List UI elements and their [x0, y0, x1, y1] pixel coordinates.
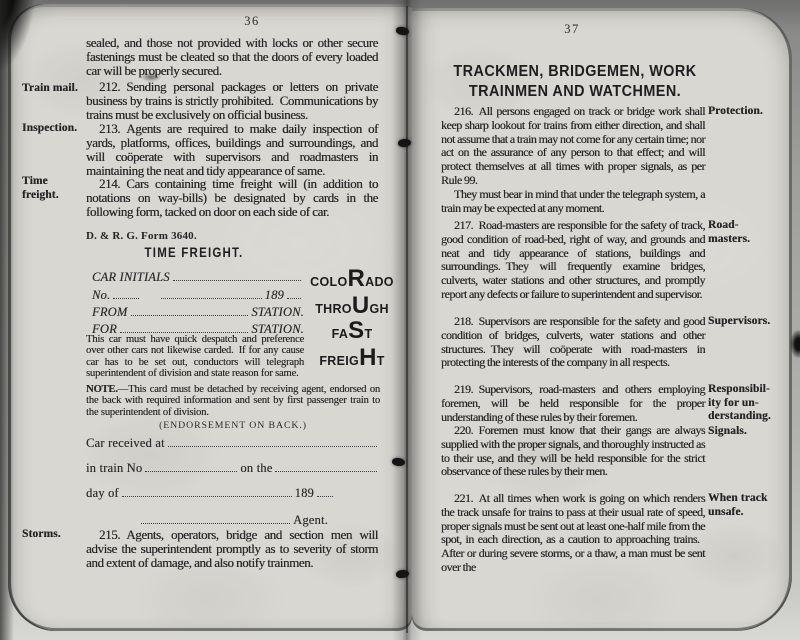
- rush-word-part: T: [364, 327, 372, 341]
- paragraph-rule-215: 215. Agents, operators, bridge and secti…: [86, 528, 378, 570]
- rush-word-part: FA: [332, 327, 349, 341]
- paragraph-rule-213: 213. Agents are required to make daily i…: [86, 122, 378, 178]
- dotted-leader: [317, 496, 333, 497]
- no-label: No.: [92, 288, 110, 303]
- rush-word-through: THROUGH: [304, 292, 400, 320]
- paragraph-rule-214: 214. Cars containing time freight will (…: [86, 177, 378, 219]
- dotted-leader: [131, 315, 249, 316]
- form-row-received: Car received at: [86, 436, 380, 451]
- margin-note-supervisors: Supervisors.: [708, 315, 790, 329]
- dotted-leader: [120, 332, 248, 333]
- dotted-leader: [287, 298, 301, 299]
- rush-word-freight: FREIGHT: [304, 344, 400, 372]
- year-label: 189: [295, 486, 314, 501]
- form-row-from: FROM STATION.: [92, 305, 304, 320]
- endorsement-heading: (ENDORSEMENT ON BACK.): [86, 420, 380, 431]
- margin-note-when-track-unsafe: When track unsafe.: [708, 492, 790, 519]
- paragraph-rule-212: 212. Sending personal packages or letter…: [86, 80, 378, 122]
- paragraph-rule-219: 219. Supervisors, road-masters and other…: [441, 383, 705, 424]
- note-text: —This card must be detached by receiving…: [86, 384, 380, 418]
- from-label: FROM: [92, 305, 128, 320]
- margin-note-train-mail: Train mail.: [22, 82, 84, 96]
- right-page: 37 TRACKMEN, BRIDGEMEN, WORK TRAINMEN AN…: [412, 8, 792, 631]
- margin-note-inspection: Inspection.: [22, 122, 84, 136]
- form-small-print: This car must have quick despatch and pr…: [86, 334, 304, 379]
- year-label: 189: [265, 288, 284, 303]
- dotted-leader: [141, 523, 290, 524]
- margin-note-protection: Protection.: [708, 105, 790, 119]
- paragraph-rule-218: 218. Supervisors are responsible for the…: [441, 315, 705, 370]
- margin-note-storms: Storms.: [22, 528, 84, 542]
- dotted-leader: [122, 496, 292, 497]
- agent-label: Agent.: [293, 513, 328, 528]
- rush-word-part: ADO: [365, 275, 394, 289]
- rush-word-fast: FAST: [304, 317, 400, 345]
- rush-word-part: T: [377, 354, 385, 368]
- paragraph-rule-221: 221. At all times when work is going on …: [441, 492, 705, 575]
- rush-big-letter: H: [359, 344, 377, 372]
- form-row-day: day of 189: [86, 486, 336, 501]
- form-id-label: D. & R. G. Form 3640.: [86, 230, 197, 242]
- rush-word-part: COLO: [310, 275, 347, 289]
- binding-stitch: [392, 458, 406, 467]
- paragraph-rule-216: 216. All persons engaged on track or bri…: [441, 105, 705, 188]
- form-row-number: No. 189: [92, 288, 304, 303]
- rush-word-part: GH: [369, 302, 388, 316]
- left-page: 36 Train mail. Inspection. Time freight.…: [8, 4, 412, 631]
- dotted-leader: [113, 298, 139, 299]
- rush-big-letter: S: [348, 317, 364, 345]
- margin-note-time-freight: Time freight.: [22, 175, 84, 202]
- form-row-agent: Agent.: [138, 513, 328, 528]
- page-number: 36: [230, 14, 274, 29]
- dotted-leader: [161, 298, 261, 299]
- margin-note-signals: Signals.: [708, 425, 790, 439]
- margin-note-road-masters: Road- masters.: [708, 219, 790, 246]
- dotted-leader: [168, 446, 377, 447]
- form-row-train: in train No on the: [86, 461, 380, 476]
- car-initials-label: CAR INITIALS: [92, 270, 170, 285]
- rush-word-part: FREIG: [319, 354, 359, 368]
- section-heading: TRACKMEN, BRIDGEMEN, WORK TRAINMEN AND W…: [445, 62, 706, 102]
- paragraph-rule-220: 220. Foremen must know that their gangs …: [441, 424, 705, 479]
- paragraph-telegraph-note: They must bear in mind that under the te…: [441, 188, 705, 216]
- form-title: TIME FREIGHT.: [105, 244, 282, 260]
- train-no-label: in train No: [86, 461, 142, 476]
- day-of-label: day of: [86, 486, 119, 501]
- rush-big-letter: R: [347, 265, 365, 293]
- form-note: NOTE.—This card must be detached by rece…: [86, 384, 380, 418]
- form-row-car-initials: CAR INITIALS: [92, 270, 304, 285]
- dotted-leader: [275, 471, 377, 472]
- paragraph-rule-217: 217. Road-masters are responsible for th…: [441, 219, 705, 302]
- on-the-label: on the: [240, 461, 272, 476]
- rush-word-colorado: COLORADO: [304, 265, 400, 293]
- received-label: Car received at: [86, 436, 165, 451]
- paragraph-continuation: sealed, and those not provided with lock…: [86, 36, 378, 78]
- station-label: STATION.: [251, 305, 304, 320]
- rush-word-part: THRO: [315, 302, 352, 316]
- dotted-leader: [145, 471, 237, 472]
- page-number: 37: [550, 22, 594, 37]
- binding-crease: [406, 6, 408, 633]
- note-label: NOTE.: [86, 384, 118, 395]
- margin-note-responsibility: Responsibil- ity for un- derstanding.: [708, 383, 790, 424]
- rush-big-letter: U: [352, 292, 370, 320]
- open-book-scan: 36 Train mail. Inspection. Time freight.…: [0, 0, 800, 640]
- dotted-leader: [173, 280, 301, 281]
